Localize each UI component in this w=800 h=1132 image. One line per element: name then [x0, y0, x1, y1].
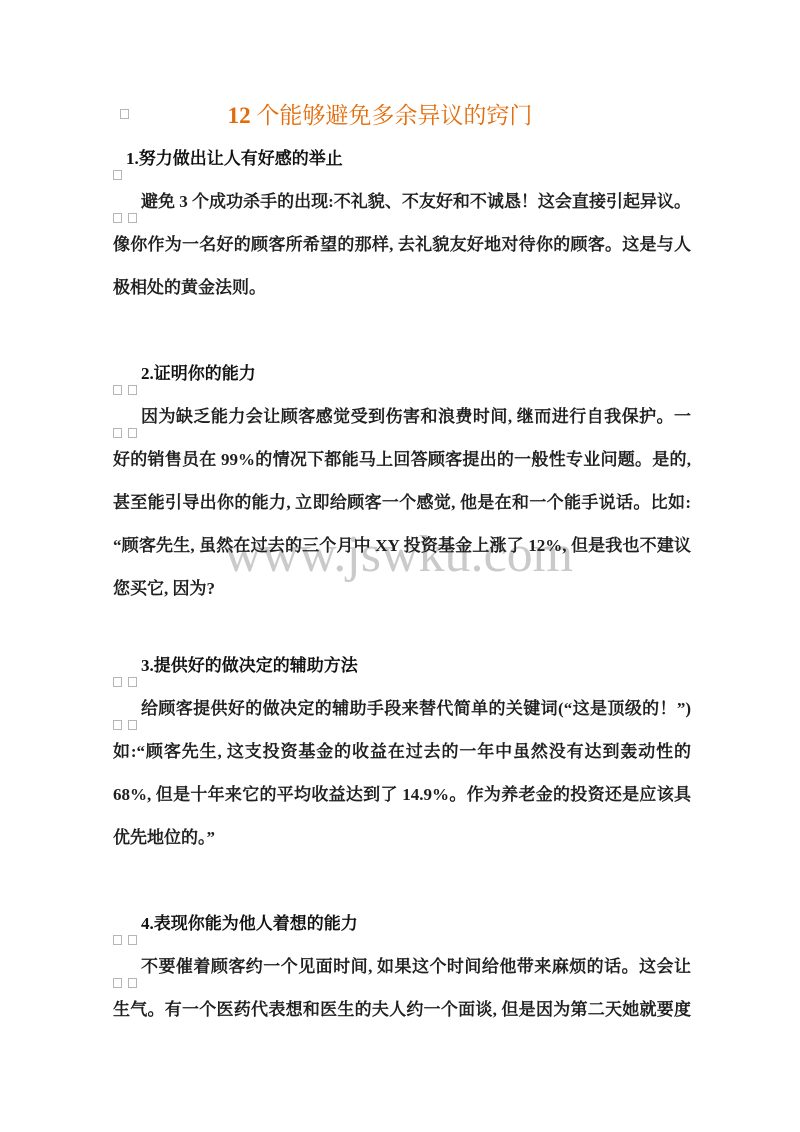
- line-text: 给顾客提供好的做决定的辅助手段来替代简单的关键词(“这是顶级的！”)比: [113, 699, 691, 730]
- section-4-heading: 4.表现你能为他人着想的能力: [113, 902, 691, 945]
- missing-glyph-box-icon: [113, 428, 122, 438]
- section-1: 1.努力做出让人有好感的举止 避免 3 个成功杀手的出现:不礼貌、不友好和不诚恳…: [113, 137, 691, 309]
- line-text: 不要催着顾客约一个见面时间, 如果这个时间给他带来麻烦的话。这会让他: [113, 957, 691, 988]
- heading-text: 3.提供好的做决定的辅助方法: [141, 656, 358, 675]
- paragraph-line: 68%, 但是十年来它的平均收益达到了 14.9%。作为养老金的投资还是应该具有: [113, 773, 691, 816]
- missing-glyph-box-icon: [113, 677, 122, 687]
- missing-glyph-box-icon: [113, 978, 122, 988]
- document-body: 12 个能够避免多余异议的窍门 1.努力做出让人有好感的举止 避免 3 个成功杀…: [113, 0, 691, 1031]
- document-title: 12 个能够避免多余异议的窍门: [113, 100, 691, 132]
- title-number: 12: [228, 103, 251, 128]
- line-text: 甚至能引导出你的能力, 立即给顾客一个感觉, 他是在和一个能手说话。比如:: [113, 493, 691, 512]
- paragraph-line: 甚至能引导出你的能力, 立即给顾客一个感觉, 他是在和一个能手说话。比如:: [113, 481, 691, 524]
- line-text: 像你作为一名好的顾客所希望的那样, 去礼貌友好地对待你的顾客。这是与人积: [113, 235, 691, 266]
- section-1-heading: 1.努力做出让人有好感的举止: [113, 137, 691, 180]
- missing-glyph-box-icon: [113, 170, 122, 180]
- missing-glyph-box-icon: [128, 935, 137, 945]
- missing-glyph-box-icon: [128, 720, 137, 730]
- missing-glyph-boxes: [113, 153, 122, 180]
- missing-glyph-boxes: [113, 660, 137, 687]
- line-text: “顾客先生, 虽然在过去的三个月中 XY 投资基金上涨了 12%, 但是我也不建…: [113, 536, 691, 555]
- section-4-paragraph: 不要催着顾客约一个见面时间, 如果这个时间给他带来麻烦的话。这会让他 生气。有一…: [113, 945, 691, 1031]
- line-text: 如:“顾客先生, 这支投资基金的收益在过去的一年中虽然没有达到轰动性的: [113, 742, 691, 761]
- missing-glyph-box-icon: [128, 677, 137, 687]
- paragraph-line: 优先地位的。”: [113, 816, 691, 859]
- section-3-heading: 3.提供好的做决定的辅助方法: [113, 644, 691, 687]
- line-text: 因为缺乏能力会让顾客感觉受到伤害和浪费时间, 继而进行自我保护。一个: [113, 407, 691, 438]
- line-text: 好的销售员在 99%的情况下都能马上回答顾客提出的一般性专业问题。是的, 这: [113, 450, 691, 481]
- paragraph-line: 因为缺乏能力会让顾客感觉受到伤害和浪费时间, 继而进行自我保护。一个: [113, 395, 691, 438]
- paragraph-line: 如:“顾客先生, 这支投资基金的收益在过去的一年中虽然没有达到轰动性的: [113, 730, 691, 773]
- section-2: 2.证明你的能力 因为缺乏能力会让顾客感觉受到伤害和浪费时间, 继而进行自我保护…: [113, 352, 691, 610]
- paragraph-line: 极相处的黄金法则。: [113, 266, 691, 309]
- heading-text: 2.证明你的能力: [141, 364, 256, 383]
- missing-glyph-box-icon: [113, 720, 122, 730]
- line-text: 避免 3 个成功杀手的出现:不礼貌、不友好和不诚恳！这会直接引起异议。要: [113, 192, 691, 223]
- paragraph-line: 像你作为一名好的顾客所希望的那样, 去礼貌友好地对待你的顾客。这是与人积: [113, 223, 691, 266]
- missing-glyph-boxes: [113, 411, 137, 438]
- paragraph-line: 避免 3 个成功杀手的出现:不礼貌、不友好和不诚恳！这会直接引起异议。要: [113, 180, 691, 223]
- line-text: 68%, 但是十年来它的平均收益达到了 14.9%。作为养老金的投资还是应该具有: [113, 785, 691, 816]
- paragraph-line: 给顾客提供好的做决定的辅助手段来替代简单的关键词(“这是顶级的！”)比: [113, 687, 691, 730]
- missing-glyph-box-icon: [120, 109, 129, 119]
- missing-glyph-box-icon: [128, 428, 137, 438]
- paragraph-line: “顾客先生, 虽然在过去的三个月中 XY 投资基金上涨了 12%, 但是我也不建…: [113, 524, 691, 567]
- line-text: 优先地位的。”: [113, 828, 215, 847]
- heading-text: 4.表现你能为他人着想的能力: [141, 914, 358, 933]
- line-text: 生气。有一个医药代表想和医生的夫人约一个面谈, 但是因为第二天她就要度假: [113, 1000, 691, 1031]
- missing-glyph-box-icon: [113, 213, 122, 223]
- missing-glyph-boxes: [113, 918, 137, 945]
- missing-glyph-box-icon: [128, 213, 137, 223]
- title-text: 个能够避免多余异议的窍门: [251, 103, 533, 128]
- section-3-paragraph: 给顾客提供好的做决定的辅助手段来替代简单的关键词(“这是顶级的！”)比 如:“顾…: [113, 687, 691, 859]
- section-4: 4.表现你能为他人着想的能力 不要催着顾客约一个见面时间, 如果这个时间给他带来…: [113, 902, 691, 1031]
- section-3: 3.提供好的做决定的辅助方法 给顾客提供好的做决定的辅助手段来替代简单的关键词(…: [113, 644, 691, 859]
- missing-glyph-box-icon: [128, 385, 137, 395]
- section-2-paragraph: 因为缺乏能力会让顾客感觉受到伤害和浪费时间, 继而进行自我保护。一个 好的销售员…: [113, 395, 691, 610]
- line-text: 极相处的黄金法则。: [113, 278, 266, 297]
- missing-glyph-boxes: [113, 703, 137, 730]
- missing-glyph-box-icon: [113, 935, 122, 945]
- missing-glyph-boxes: [113, 368, 137, 395]
- paragraph-line: 生气。有一个医药代表想和医生的夫人约一个面谈, 但是因为第二天她就要度假: [113, 988, 691, 1031]
- paragraph-line: 好的销售员在 99%的情况下都能马上回答顾客提出的一般性专业问题。是的, 这: [113, 438, 691, 481]
- heading-text: 1.努力做出让人有好感的举止: [126, 149, 343, 168]
- section-1-paragraph: 避免 3 个成功杀手的出现:不礼貌、不友好和不诚恳！这会直接引起异议。要 像你作…: [113, 180, 691, 309]
- missing-glyph-boxes: [113, 196, 137, 223]
- section-2-heading: 2.证明你的能力: [113, 352, 691, 395]
- paragraph-line: 不要催着顾客约一个见面时间, 如果这个时间给他带来麻烦的话。这会让他: [113, 945, 691, 988]
- paragraph-line: 您买它, 因为?: [113, 567, 691, 610]
- line-text: 您买它, 因为?: [113, 579, 215, 598]
- missing-glyph-boxes: [113, 961, 137, 988]
- missing-glyph-box-icon: [128, 978, 137, 988]
- missing-glyph-box-icon: [113, 385, 122, 395]
